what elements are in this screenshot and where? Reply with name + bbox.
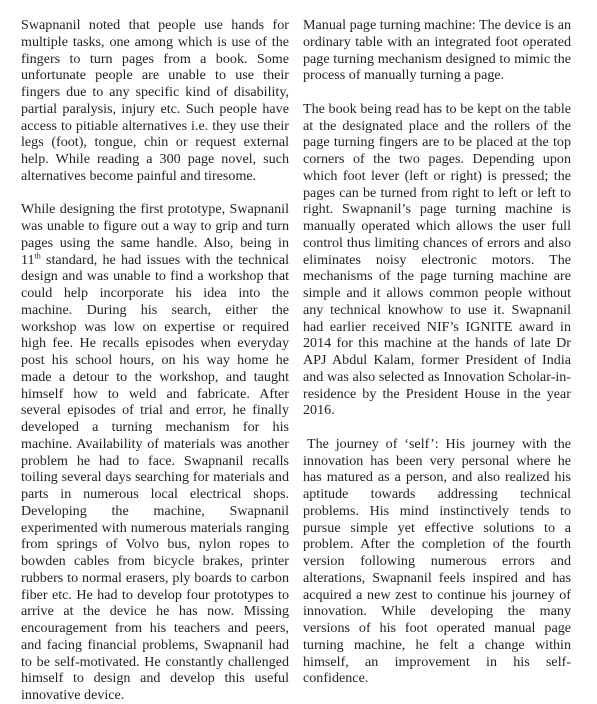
paragraph-device-operation: The book being read has to be kept on th…	[303, 101, 571, 419]
right-column: Manual page turning machine: The device …	[303, 17, 571, 687]
prototype-text-rest: standard, he had issues with the technic…	[21, 252, 289, 704]
left-column: Swapnanil noted that people use hands fo…	[21, 17, 289, 704]
paragraph-device-description: Manual page turning machine: The device …	[303, 17, 571, 84]
paragraph-motivation: Swapnanil noted that people use hands fo…	[21, 17, 289, 185]
document-page: Swapnanil noted that people use hands fo…	[0, 0, 597, 704]
paragraph-prototype-development: While designing the first prototype, Swa…	[21, 201, 289, 704]
paragraph-journey-of-self: The journey of ‘self’: His journey with …	[303, 436, 571, 687]
